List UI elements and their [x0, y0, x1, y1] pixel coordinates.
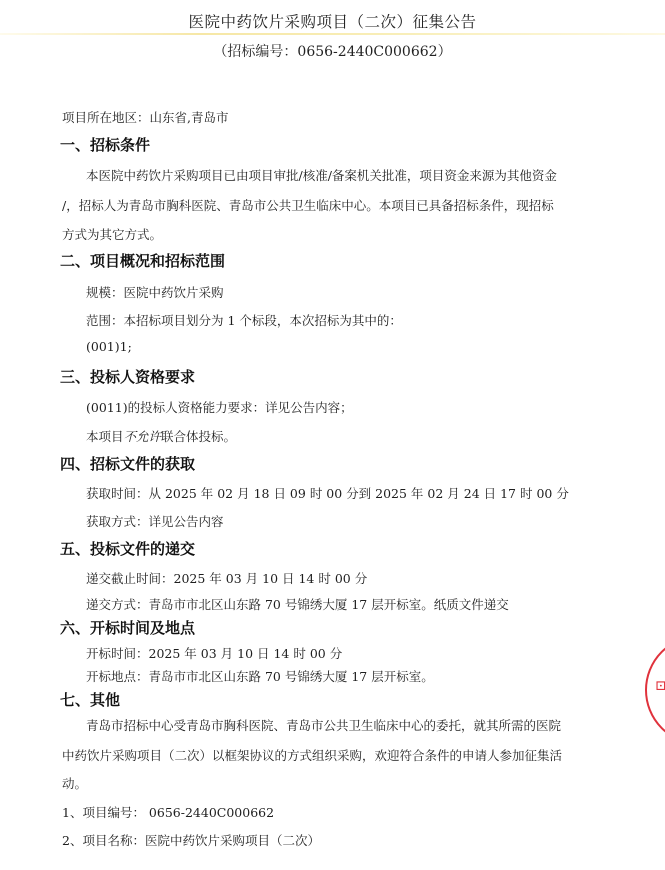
- consortium-not-allowed: 不允许: [124, 429, 162, 444]
- section-4-method: 获取方式：详见公告内容: [86, 512, 224, 530]
- section-heading-3: 三、投标人资格要求: [60, 366, 195, 387]
- section-3-qualification: (0011)的投标人资格能力要求：详见公告内容；: [86, 398, 353, 416]
- consortium-suffix: 联合体投标。: [161, 429, 236, 444]
- section-heading-2: 二、项目概况和招标范围: [60, 250, 225, 271]
- section-5-deadline: 递交截止时间：2025 年 03 月 10 日 14 时 00 分: [86, 569, 367, 587]
- section-heading-5: 五、投标文件的递交: [60, 538, 195, 559]
- seal-glyph-icon: ⊡: [655, 678, 665, 694]
- section-3-consortium: 本项目不允许联合体投标。: [86, 427, 236, 445]
- section-1-line-3: 方式为其它方式。: [62, 225, 162, 243]
- document-title: 医院中药饮片采购项目（二次）征集公告: [0, 10, 665, 32]
- section-7-line-2: 中药饮片采购项目（二次）以框架协议的方式组织采购，欢迎符合条件的申请人参加征集活: [62, 746, 562, 764]
- header-divider: [0, 33, 665, 35]
- section-heading-4: 四、招标文件的获取: [60, 453, 195, 474]
- project-name-item: 2、项目名称：医院中药饮片采购项目（二次）: [62, 831, 320, 849]
- section-1-line-2: /，招标人为青岛市胸科医院、青岛市公共卫生临床中心。本项目已具备招标条件，现招标: [62, 196, 554, 214]
- section-2-lot: (001)1;: [86, 339, 132, 354]
- section-6-time: 开标时间：2025 年 03 月 10 日 14 时 00 分: [86, 644, 342, 662]
- section-5-method: 递交方式：青岛市市北区山东路 70 号锦绣大厦 17 层开标室。纸质文件递交: [86, 595, 509, 613]
- section-7-line-1: 青岛市招标中心受青岛市胸科医院、青岛市公共卫生临床中心的委托，就其所需的医院: [86, 716, 561, 734]
- project-number-item: 1、项目编号： 0656-2440C000662: [62, 803, 274, 821]
- section-heading-6: 六、开标时间及地点: [60, 617, 195, 638]
- tender-number: （招标编号：0656-2440C000662）: [0, 41, 665, 61]
- section-heading-7: 七、其他: [60, 689, 120, 710]
- section-4-time: 获取时间：从 2025 年 02 月 18 日 09 时 00 分到 2025 …: [86, 484, 569, 502]
- section-1-line-1: 本医院中药饮片采购项目已由项目审批/核准/备案机关批准，项目资金来源为其他资金: [86, 166, 557, 184]
- section-6-location: 开标地点：青岛市市北区山东路 70 号锦绣大厦 17 层开标室。: [86, 667, 434, 685]
- section-2-scope: 范围：本招标项目划分为 1 个标段，本次招标为其中的：: [86, 311, 402, 329]
- section-7-line-3: 动。: [62, 774, 87, 792]
- section-heading-1: 一、招标条件: [60, 134, 150, 155]
- section-2-scale: 规模：医院中药饮片采购: [86, 283, 224, 301]
- project-region: 项目所在地区：山东省,青岛市: [62, 108, 228, 126]
- consortium-prefix: 本项目: [86, 429, 124, 444]
